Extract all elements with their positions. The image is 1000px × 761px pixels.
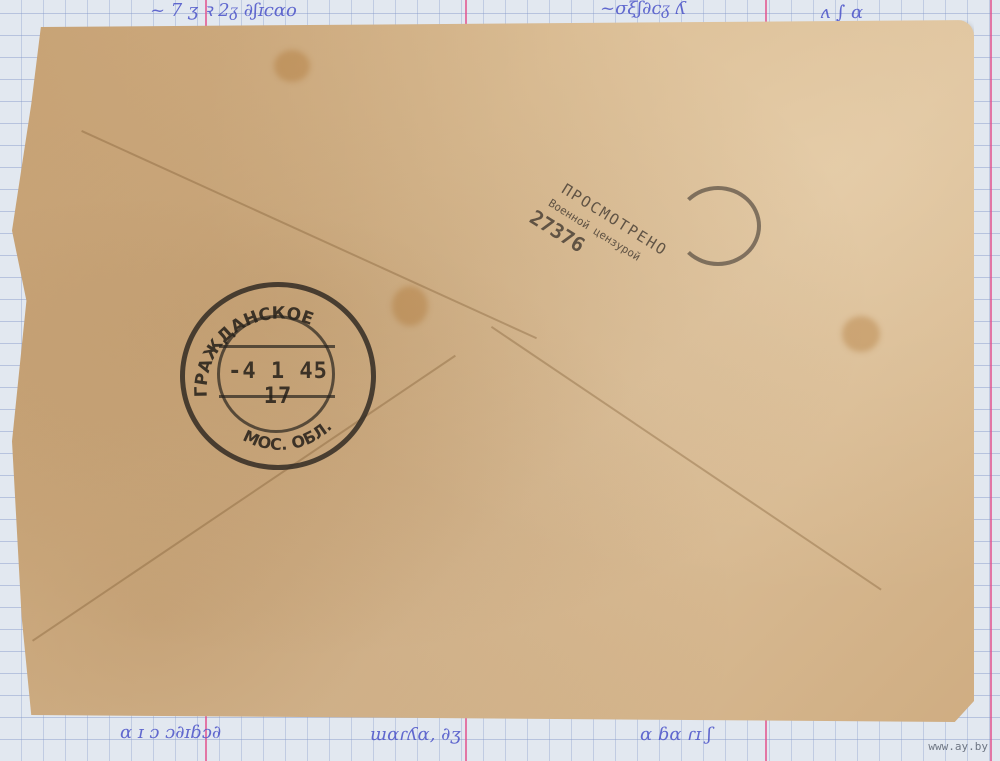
stain bbox=[274, 50, 310, 82]
postmark-bar bbox=[219, 345, 335, 348]
envelope bbox=[12, 20, 974, 722]
postmark-date: -4 1 45 17 bbox=[223, 359, 333, 409]
stain bbox=[392, 286, 428, 326]
postmark: ГРАЖДАНСКОЕ МОС. ОБЛ. -4 1 45 17 bbox=[180, 282, 376, 470]
margin-line bbox=[990, 0, 992, 761]
watermark: www.ay.by bbox=[928, 740, 988, 753]
stain bbox=[842, 316, 880, 352]
